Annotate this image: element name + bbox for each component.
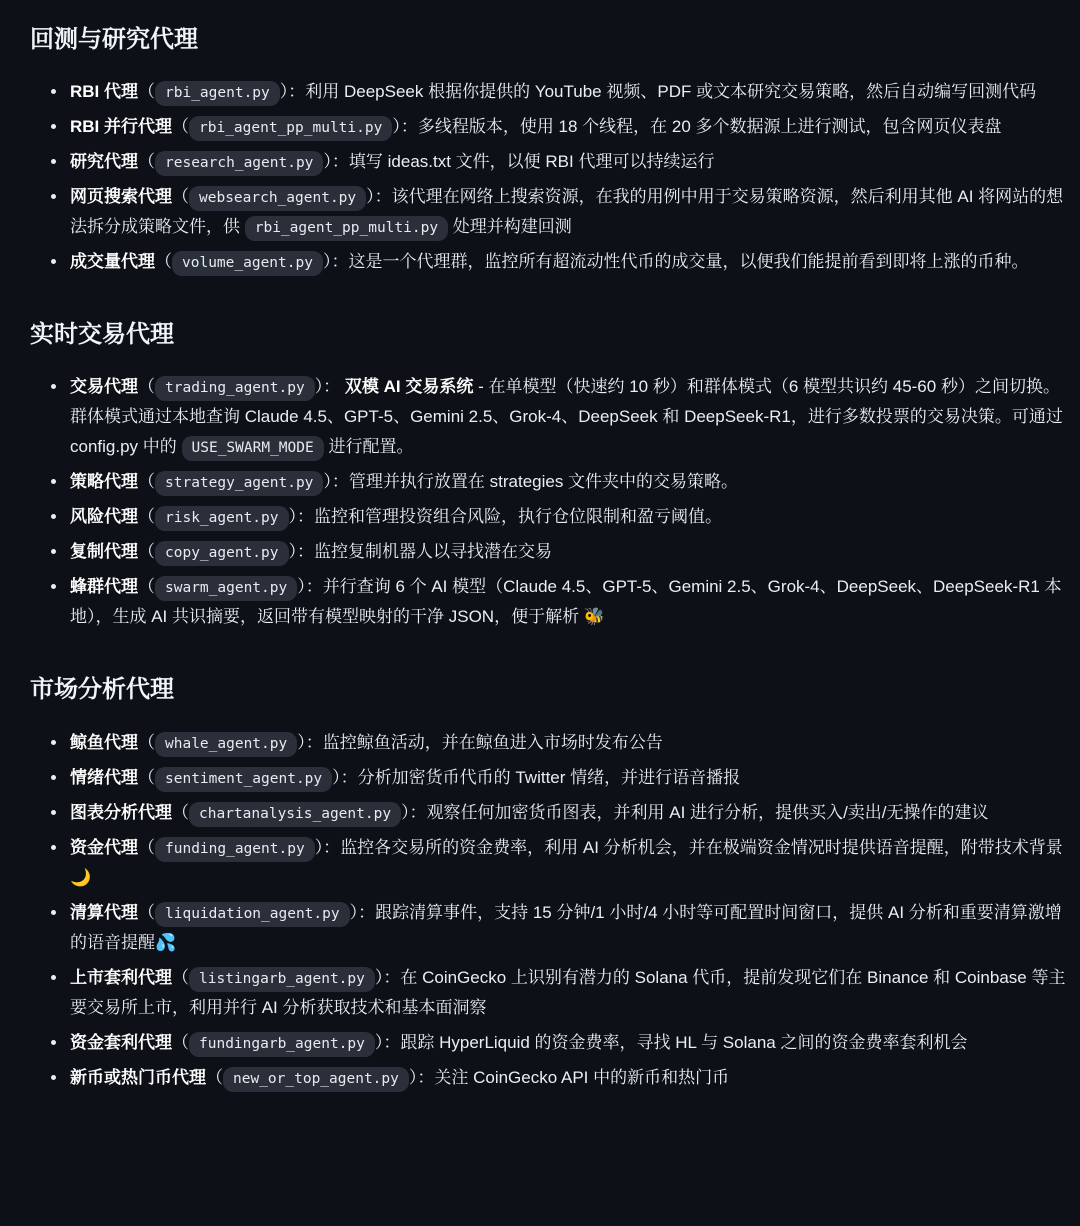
close-paren-colon: ）：	[375, 1033, 401, 1052]
close-paren-colon: ）：	[409, 1068, 435, 1087]
agent-name: 图表分析代理	[70, 803, 172, 822]
agent-file-code: listingarb_agent.py	[189, 967, 375, 992]
agent-file-code: copy_agent.py	[155, 541, 289, 566]
agent-name: 情绪代理	[70, 768, 138, 787]
agent-file-code: sentiment_agent.py	[155, 767, 332, 792]
agent-file-code: swarm_agent.py	[155, 576, 297, 601]
list-item: 资金套利代理（fundingarb_agent.py）：跟踪 HyperLiqu…	[68, 1028, 1066, 1058]
agent-name: 新币或热门币代理	[70, 1068, 206, 1087]
agent-section: 市场分析代理鲸鱼代理（whale_agent.py）：监控鲸鱼活动，并在鲸鱼进入…	[30, 674, 1066, 1092]
agent-description: 分析加密货币代币的 Twitter 情绪，并进行语音播报	[358, 768, 741, 787]
agent-name: 网页搜索代理	[70, 187, 172, 206]
agent-name: 复制代理	[70, 542, 138, 561]
list-item: 策略代理（strategy_agent.py）：管理并执行放置在 strateg…	[68, 467, 1066, 497]
agent-name: RBI 并行代理	[70, 117, 172, 136]
open-paren: （	[138, 577, 155, 596]
agent-description: 管理并执行放置在 strategies 文件夹中的交易策略。	[349, 472, 738, 491]
open-paren: （	[172, 968, 189, 987]
agent-file-code: funding_agent.py	[155, 837, 315, 862]
agent-description: 跟踪 HyperLiquid 的资金费率，寻找 HL 与 Solana 之间的资…	[400, 1033, 967, 1052]
agent-name: 资金套利代理	[70, 1033, 172, 1052]
agent-description: 监控鲸鱼活动，并在鲸鱼进入市场时发布公告	[323, 733, 663, 752]
section-heading: 回测与研究代理	[30, 24, 1066, 55]
list-item: 网页搜索代理（websearch_agent.py）：该代理在网络上搜索资源，在…	[68, 182, 1066, 242]
close-paren-colon: ）：	[350, 903, 376, 922]
section-heading: 实时交易代理	[30, 319, 1066, 350]
agent-file-code: volume_agent.py	[172, 251, 323, 276]
open-paren: （	[138, 838, 155, 857]
open-paren: （	[138, 542, 155, 561]
agent-name: 鲸鱼代理	[70, 733, 138, 752]
agent-name: 上市套利代理	[70, 968, 172, 987]
close-paren-colon: ）：	[323, 152, 349, 171]
agent-name: 研究代理	[70, 152, 138, 171]
readme-content: 回测与研究代理RBI 代理（rbi_agent.py）：利用 DeepSeek …	[30, 24, 1066, 1093]
list-item: 新币或热门币代理（new_or_top_agent.py）：关注 CoinGec…	[68, 1063, 1066, 1093]
list-item: 交易代理（trading_agent.py）： 双模 AI 交易系统 - 在单模…	[68, 372, 1066, 462]
list-item: 资金代理（funding_agent.py）：监控各交易所的资金费率，利用 AI…	[68, 833, 1066, 893]
section-heading: 市场分析代理	[30, 674, 1066, 705]
list-item: RBI 代理（rbi_agent.py）：利用 DeepSeek 根据你提供的 …	[68, 77, 1066, 107]
agent-file-code: risk_agent.py	[155, 506, 289, 531]
agent-description: 多线程版本，使用 18 个线程，在 20 多个数据源上进行测试，包含网页仪表盘	[418, 117, 1002, 136]
agent-section: 回测与研究代理RBI 代理（rbi_agent.py）：利用 DeepSeek …	[30, 24, 1066, 277]
close-paren-colon: ）：	[401, 803, 427, 822]
open-paren: （	[206, 1068, 223, 1087]
agent-list: 交易代理（trading_agent.py）： 双模 AI 交易系统 - 在单模…	[30, 372, 1066, 632]
bold-text: 双模 AI 交易系统	[345, 377, 473, 396]
open-paren: （	[138, 152, 155, 171]
agent-list: 鲸鱼代理（whale_agent.py）：监控鲸鱼活动，并在鲸鱼进入市场时发布公…	[30, 728, 1066, 1093]
close-paren-colon: ）：	[315, 838, 341, 857]
list-item: 上市套利代理（listingarb_agent.py）：在 CoinGecko …	[68, 963, 1066, 1023]
agent-description: 这是一个代理群，监控所有超流动性代币的成交量，以便我们能提前看到即将上涨的币种。	[348, 252, 1028, 271]
open-paren: （	[155, 252, 172, 271]
agent-file-code: research_agent.py	[155, 151, 323, 176]
document-body: { "page": { "background": "#0d1117", "te…	[0, 0, 1080, 1226]
open-paren: （	[138, 768, 155, 787]
agent-description: 关注 CoinGecko API 中的新币和热门币	[434, 1068, 729, 1087]
agent-file-code: rbi_agent_pp_multi.py	[189, 116, 392, 141]
close-paren-colon: ）：	[332, 768, 358, 787]
list-item: 复制代理（copy_agent.py）：监控复制机器人以寻找潜在交易	[68, 537, 1066, 567]
agent-file-code: new_or_top_agent.py	[223, 1067, 409, 1092]
agent-file-code: rbi_agent.py	[155, 81, 280, 106]
open-paren: （	[138, 903, 155, 922]
agent-file-code: websearch_agent.py	[189, 186, 366, 211]
agent-name: 风险代理	[70, 507, 138, 526]
close-paren-colon: ）：	[375, 968, 401, 987]
close-paren-colon: ）：	[297, 577, 323, 596]
open-paren: （	[172, 187, 189, 206]
open-paren: （	[172, 117, 189, 136]
list-item: 鲸鱼代理（whale_agent.py）：监控鲸鱼活动，并在鲸鱼进入市场时发布公…	[68, 728, 1066, 758]
agent-name: 清算代理	[70, 903, 138, 922]
open-paren: （	[138, 377, 155, 396]
agent-file-code: liquidation_agent.py	[155, 902, 350, 927]
agent-name: 交易代理	[70, 377, 138, 396]
open-paren: （	[172, 803, 189, 822]
list-item: 情绪代理（sentiment_agent.py）：分析加密货币代币的 Twitt…	[68, 763, 1066, 793]
list-item: RBI 并行代理（rbi_agent_pp_multi.py）：多线程版本，使用…	[68, 112, 1066, 142]
agent-name: RBI 代理	[70, 82, 138, 101]
agent-file-code: chartanalysis_agent.py	[189, 802, 401, 827]
close-paren-colon: ）：	[392, 117, 418, 136]
close-paren-colon: ）：	[289, 507, 315, 526]
agent-name: 资金代理	[70, 838, 138, 857]
list-item: 图表分析代理（chartanalysis_agent.py）：观察任何加密货币图…	[68, 798, 1066, 828]
inline-code: USE_SWARM_MODE	[182, 436, 324, 461]
agent-description: 观察任何加密货币图表，并利用 AI 进行分析，提供买入/卖出/无操作的建议	[427, 803, 989, 822]
agent-description: 进行配置。	[324, 437, 414, 456]
close-paren-colon: ）：	[315, 377, 341, 396]
close-paren-colon: ）：	[297, 733, 323, 752]
open-paren: （	[138, 507, 155, 526]
agent-file-code: trading_agent.py	[155, 376, 315, 401]
agent-description: 利用 DeepSeek 根据你提供的 YouTube 视频、PDF 或文本研究交…	[305, 82, 1036, 101]
list-item: 成交量代理（volume_agent.py）：这是一个代理群，监控所有超流动性代…	[68, 247, 1066, 277]
close-paren-colon: ）：	[289, 542, 315, 561]
agent-file-code: strategy_agent.py	[155, 471, 323, 496]
agent-file-code: whale_agent.py	[155, 732, 297, 757]
close-paren-colon: ）：	[323, 252, 349, 271]
agent-name: 成交量代理	[70, 252, 155, 271]
agent-description: 监控和管理投资组合风险，执行仓位限制和盈亏阈值。	[314, 507, 722, 526]
agent-description: 监控复制机器人以寻找潜在交易	[314, 542, 552, 561]
agent-section: 实时交易代理交易代理（trading_agent.py）： 双模 AI 交易系统…	[30, 319, 1066, 632]
agent-description: 填写 ideas.txt 文件，以便 RBI 代理可以持续运行	[349, 152, 715, 171]
inline-code: rbi_agent_pp_multi.py	[245, 216, 448, 241]
list-item: 清算代理（liquidation_agent.py）：跟踪清算事件，支持 15 …	[68, 898, 1066, 958]
list-item: 风险代理（risk_agent.py）：监控和管理投资组合风险，执行仓位限制和盈…	[68, 502, 1066, 532]
close-paren-colon: ）：	[280, 82, 306, 101]
agent-description: 处理并构建回测	[448, 217, 572, 236]
open-paren: （	[138, 733, 155, 752]
list-item: 研究代理（research_agent.py）：填写 ideas.txt 文件，…	[68, 147, 1066, 177]
agent-name: 蜂群代理	[70, 577, 138, 596]
close-paren-colon: ）：	[323, 472, 349, 491]
open-paren: （	[172, 1033, 189, 1052]
open-paren: （	[138, 472, 155, 491]
open-paren: （	[138, 82, 155, 101]
close-paren-colon: ）：	[366, 187, 392, 206]
agent-list: RBI 代理（rbi_agent.py）：利用 DeepSeek 根据你提供的 …	[30, 77, 1066, 277]
list-item: 蜂群代理（swarm_agent.py）：并行查询 6 个 AI 模型（Clau…	[68, 572, 1066, 632]
agent-file-code: fundingarb_agent.py	[189, 1032, 375, 1057]
agent-name: 策略代理	[70, 472, 138, 491]
